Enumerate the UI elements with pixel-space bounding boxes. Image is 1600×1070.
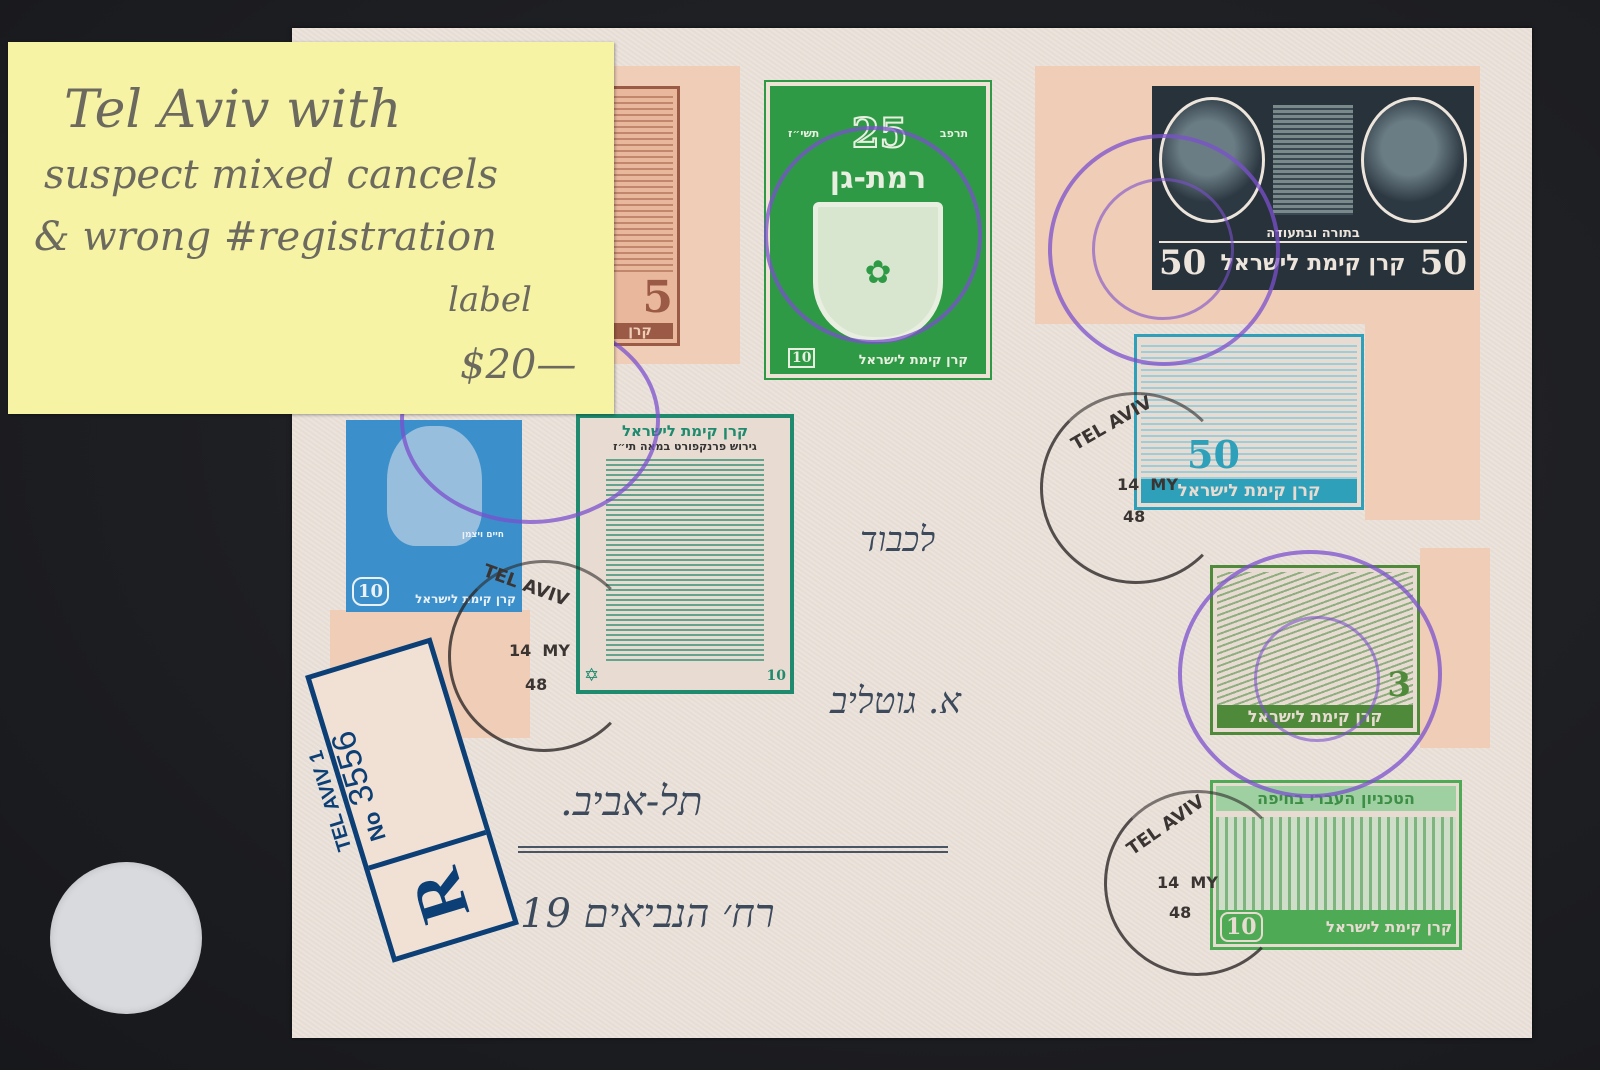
tel-aviv-postmark-3: TEL AVIV 14 MY 48 <box>1104 790 1290 976</box>
postmark-month: MY <box>1150 475 1178 494</box>
postmark-year: 48 <box>525 675 547 694</box>
selvage-right-mid <box>1365 320 1480 520</box>
stamp-value: 10 <box>767 668 786 684</box>
note-line-2: suspect mixed cancels <box>44 152 498 198</box>
mount-disc <box>50 862 202 1014</box>
registration-letter: R <box>396 860 487 932</box>
stamp-legend: קרן קימת לישראל <box>1326 918 1452 936</box>
city-vignette <box>1273 105 1353 215</box>
address-line-2: א. גוטליב <box>830 680 961 722</box>
postmark-year: 48 <box>1169 903 1191 922</box>
stamp-value: 5 <box>607 272 673 323</box>
registration-no-prefix: No <box>358 809 390 844</box>
note-price: $20— <box>460 342 576 388</box>
note-line-1: Tel Aviv with <box>64 80 401 140</box>
purple-cancel-4-inner <box>1254 616 1380 742</box>
stamp-year-right: תשי״ז <box>788 127 819 140</box>
tel-aviv-postmark-2: TEL AVIV 14 MY 48 <box>1040 392 1232 584</box>
postmark-month: MY <box>542 641 570 660</box>
purple-cancel-1 <box>764 126 982 344</box>
stamp-legend: קרן <box>607 323 673 339</box>
portrait-herzl <box>1361 97 1467 223</box>
stamp-year-left: תרפב <box>940 127 968 140</box>
stamp-value-right: 50 <box>1420 243 1467 283</box>
postmark-town: TEL AVIV <box>480 560 571 610</box>
stamp-value: 10 <box>352 577 389 606</box>
note-line-4: label <box>448 280 532 320</box>
address-line-1: לכבוד <box>860 520 935 560</box>
address-line-3: תל-אביב. <box>560 778 702 825</box>
address-underline <box>518 846 948 853</box>
stamp-name: חיים ויצמן <box>462 530 504 540</box>
stamp-subvalue: 10 <box>788 348 815 368</box>
postmark-day: 14 <box>509 641 531 660</box>
purple-cancel-2-inner <box>1092 178 1234 320</box>
address-line-4: רח׳ הנביאים 19 <box>520 890 775 937</box>
postmark-day: 14 <box>1157 873 1179 892</box>
postmark-year: 48 <box>1123 507 1145 526</box>
stamp-vignette <box>607 93 673 272</box>
note-line-3: & wrong #registration <box>34 214 497 260</box>
postmark-month: MY <box>1190 873 1218 892</box>
dealer-note: Tel Aviv with suspect mixed cancels & wr… <box>8 42 614 414</box>
postmark-day: 14 <box>1117 475 1139 494</box>
stamp-legend: קרן קימת לישראל <box>859 353 968 368</box>
tel-aviv-postmark-1: TEL AVIV 14 MY 48 <box>448 560 640 752</box>
